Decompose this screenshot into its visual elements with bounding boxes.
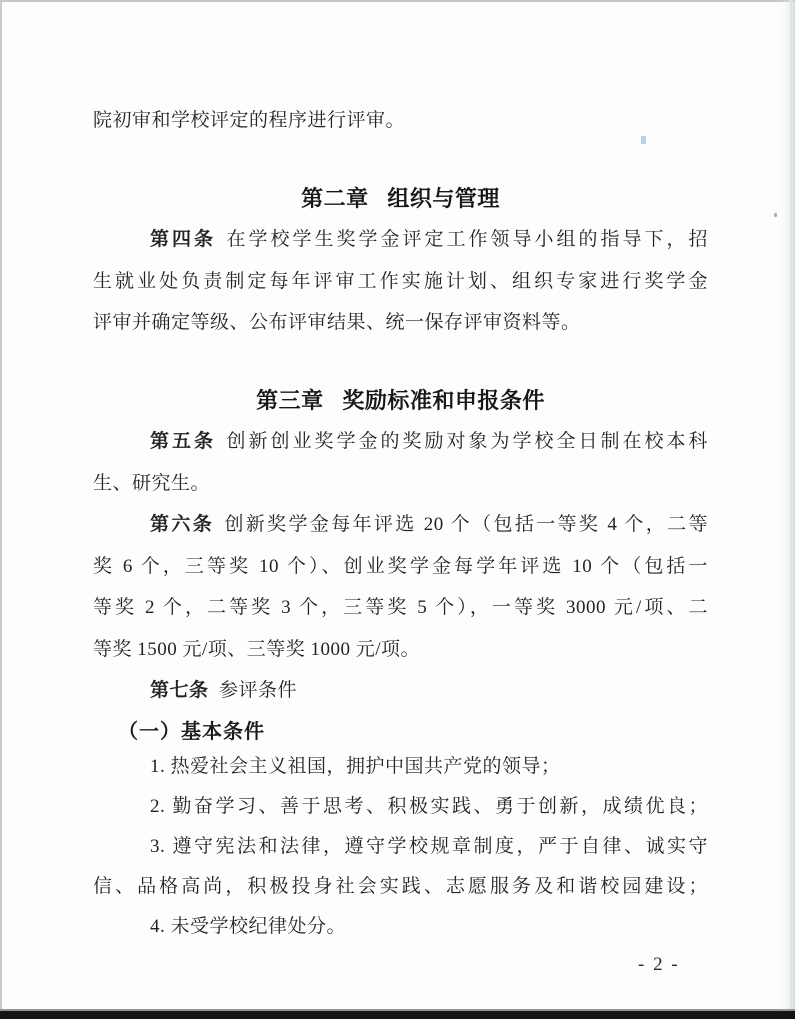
- text-run: 奖 6 个，三等奖 10 个）、创业奖学金每学年评选 10 个（包括一: [93, 556, 708, 577]
- text-run: 等奖 1500 元/项、三等奖 1000 元/项。: [93, 639, 420, 660]
- chapter-heading: 第二章组织与管理: [93, 178, 708, 220]
- text-run: 组织与管理: [387, 186, 500, 211]
- text-line: 第四条在学校学生奖学金评定工作领导小组的指导下，招: [93, 219, 708, 261]
- text-run: 3. 遵守宪法和法律，遵守学校规章制度，严于自律、诚实守: [150, 836, 708, 857]
- text-line: 第五条创新创业奖学金的奖励对象为学校全日制在校本科: [93, 421, 708, 463]
- text-line: 第七条参评条件: [93, 670, 708, 712]
- scanned-document-page: 院初审和学校评定的程序进行评审。第二章组织与管理第四条在学校学生奖学金评定工作领…: [0, 0, 795, 1019]
- paragraph: 第四条在学校学生奖学金评定工作领导小组的指导下，招生就业处负责制定每年评审工作实…: [93, 219, 708, 344]
- text-run: 第二章: [301, 186, 369, 211]
- text-run: 创新奖学金每年评选 20 个（包括一等奖 4 个，二等: [224, 514, 708, 535]
- scan-edge-right-shadow: [781, 0, 795, 1019]
- text-run: 信、品格高尚，积极投身社会实践、志愿服务及和谐校园建设；: [93, 876, 708, 897]
- scanner-bottom-bar: [0, 1011, 795, 1019]
- text-run: 4. 未受学校纪律处分。: [150, 916, 346, 937]
- document-body: 院初审和学校评定的程序进行评审。第二章组织与管理第四条在学校学生奖学金评定工作领…: [93, 100, 708, 947]
- text-line: 生就业处负责制定每年评审工作实施计划、组织专家进行奖学金: [93, 261, 708, 303]
- text-line: 第三章奖励标准和申报条件: [93, 380, 708, 422]
- text-line: 等奖 2 个，二等奖 3 个，三等奖 5 个），一等奖 3000 元/项、二: [93, 587, 708, 629]
- text-run: 等奖 2 个，二等奖 3 个，三等奖 5 个），一等奖 3000 元/项、二: [93, 597, 708, 618]
- text-line: 院初审和学校评定的程序进行评审。: [93, 100, 708, 142]
- numbered-list: 1. 热爱社会主义祖国，拥护中国共产党的领导；2. 勤奋学习、善于思考、积极实践…: [93, 747, 708, 947]
- text-run: 2. 勤奋学习、善于思考、积极实践、勇于创新，成绩优良；: [150, 796, 708, 817]
- bold-label-run: 第四条: [150, 229, 216, 250]
- page-number: - 2 -: [638, 954, 680, 976]
- text-line: 第二章组织与管理: [93, 178, 708, 220]
- text-line: 等奖 1500 元/项、三等奖 1000 元/项。: [93, 629, 708, 671]
- dust-speck: [774, 213, 777, 217]
- bold-label-run: 第六条: [150, 514, 214, 535]
- scan-edge-top: [0, 0, 795, 2]
- text-line: 4. 未受学校纪律处分。: [93, 907, 708, 947]
- text-run: 创新创业奖学金的奖励对象为学校全日制在校本科: [226, 431, 708, 452]
- text-line: 第六条创新奖学金每年评选 20 个（包括一等奖 4 个，二等: [93, 504, 708, 546]
- paragraph: 院初审和学校评定的程序进行评审。: [93, 100, 708, 142]
- bold-label-run: （一）基本条件: [118, 721, 265, 743]
- text-run: 1. 热爱社会主义祖国，拥护中国共产党的领导；: [150, 756, 561, 777]
- scan-edge-right-line: [790, 0, 792, 1019]
- text-line: 评审并确定等级、公布评审结果、统一保存评审资料等。: [93, 302, 708, 344]
- text-run: 奖励标准和申报条件: [342, 388, 545, 413]
- text-line: 生、研究生。: [93, 463, 708, 505]
- chapter-heading: 第三章奖励标准和申报条件: [93, 380, 708, 422]
- text-line: 3. 遵守宪法和法律，遵守学校规章制度，严于自律、诚实守: [93, 827, 708, 867]
- text-line: 信、品格高尚，积极投身社会实践、志愿服务及和谐校园建设；: [93, 867, 708, 907]
- bold-label-run: 第五条: [150, 431, 216, 452]
- bold-label-run: 第七条: [150, 680, 209, 701]
- paragraph: 第五条创新创业奖学金的奖励对象为学校全日制在校本科生、研究生。: [93, 421, 708, 504]
- text-line: 奖 6 个，三等奖 10 个）、创业奖学金每学年评选 10 个（包括一: [93, 546, 708, 588]
- text-run: 第三章: [256, 388, 324, 413]
- paragraph: 第七条参评条件: [93, 670, 708, 712]
- text-run: 生就业处负责制定每年评审工作实施计划、组织专家进行奖学金: [93, 271, 708, 292]
- text-run: 在学校学生奖学金评定工作领导小组的指导下，招: [226, 229, 708, 250]
- text-run: 评审并确定等级、公布评审结果、统一保存评审资料等。: [93, 312, 581, 333]
- text-run: 院初审和学校评定的程序进行评审。: [93, 110, 405, 131]
- text-run: 参评条件: [219, 680, 297, 701]
- scan-edge-left: [0, 0, 2, 1019]
- text-line: 1. 热爱社会主义祖国，拥护中国共产党的领导；: [93, 747, 708, 787]
- text-run: 生、研究生。: [93, 473, 210, 494]
- paragraph: 第六条创新奖学金每年评选 20 个（包括一等奖 4 个，二等奖 6 个，三等奖 …: [93, 504, 708, 670]
- text-line: 2. 勤奋学习、善于思考、积极实践、勇于创新，成绩优良；: [93, 787, 708, 827]
